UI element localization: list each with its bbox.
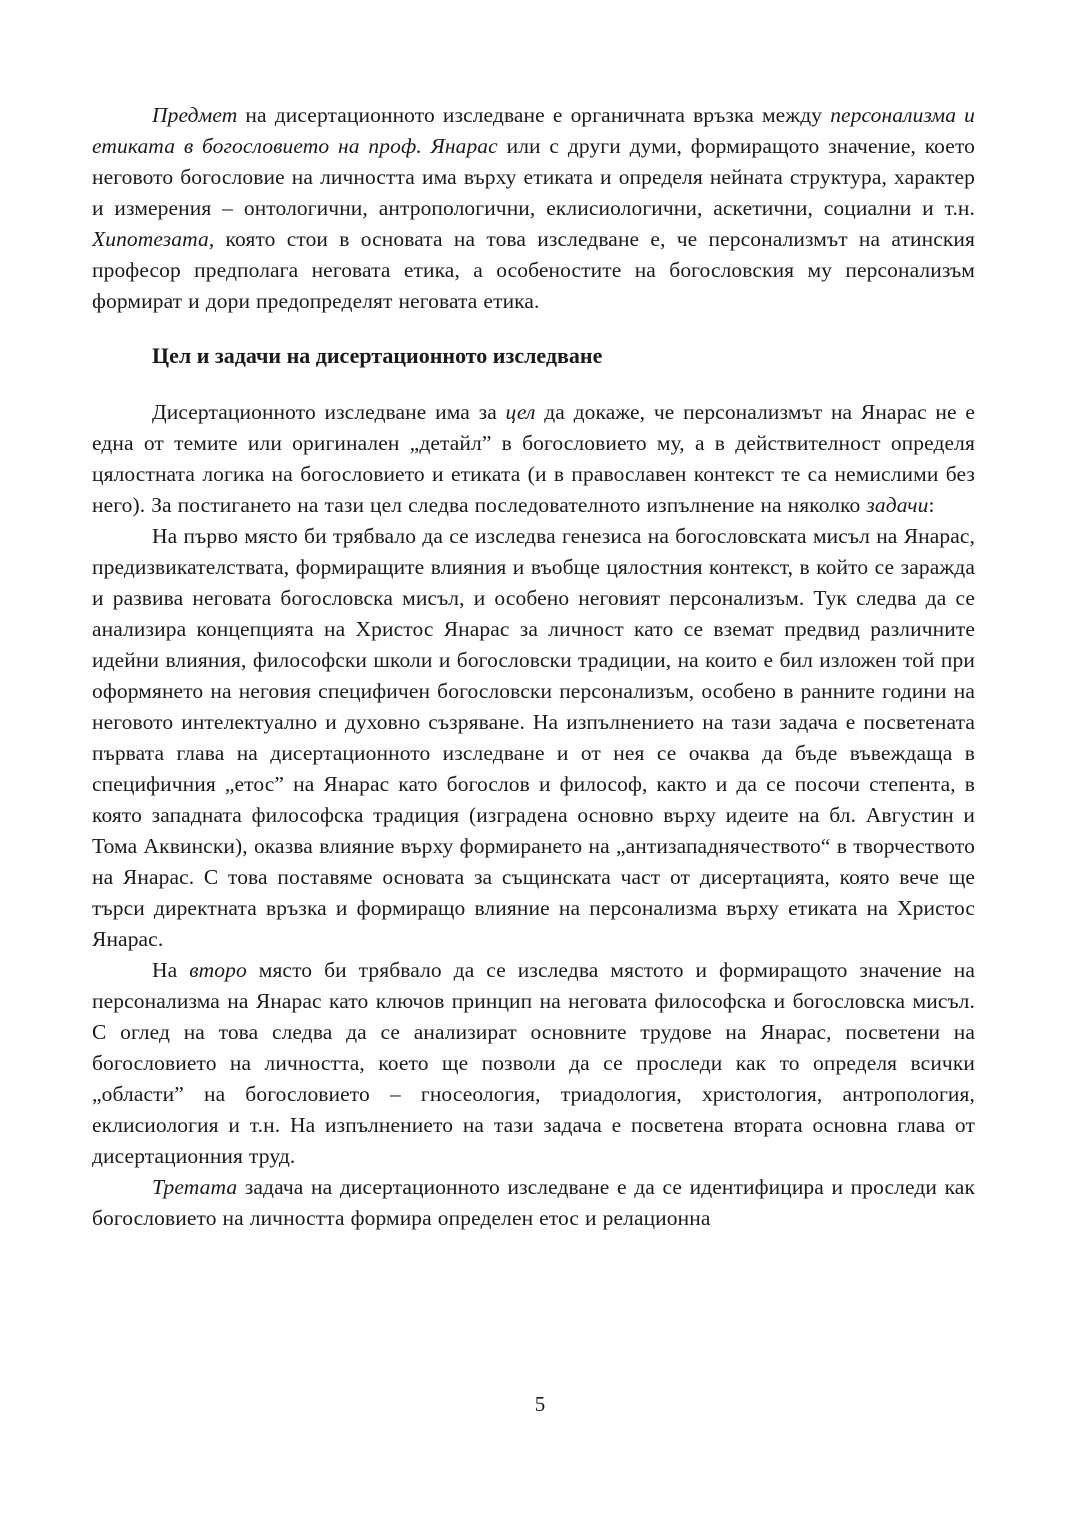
text-run: На bbox=[152, 958, 189, 982]
paragraph-task-one: На първо място би трябвало да се изследв… bbox=[92, 521, 975, 955]
text-run: място би трябвало да се изследва мястото… bbox=[92, 958, 975, 1168]
document-page: Предмет на дисертационното изследване е … bbox=[0, 0, 1080, 1527]
text-run: Дисертационното изследване има за bbox=[152, 400, 506, 424]
page-number: 5 bbox=[0, 1389, 1080, 1420]
section-heading: Цел и задачи на дисертационното изследва… bbox=[92, 340, 975, 371]
paragraph-task-two: На второ място би трябвало да се изследв… bbox=[92, 955, 975, 1172]
italic-text-run: цел bbox=[506, 400, 536, 424]
italic-text-run: Третата bbox=[152, 1175, 237, 1199]
text-run: На първо място би трябвало да се изследв… bbox=[92, 524, 975, 951]
italic-text-run: задачи bbox=[866, 493, 928, 517]
paragraph-task-three: Третата задача на дисертационното изслед… bbox=[92, 1172, 975, 1234]
italic-text-run: Предмет bbox=[152, 103, 237, 127]
italic-text-run: Хипотезата bbox=[92, 227, 209, 251]
text-run: на дисертационното изследване е органичн… bbox=[237, 103, 830, 127]
text-column: Предмет на дисертационното изследване е … bbox=[92, 100, 975, 1234]
paragraph-subject: Предмет на дисертационното изследване е … bbox=[92, 100, 975, 317]
italic-text-run: второ bbox=[189, 958, 247, 982]
text-run: : bbox=[928, 493, 934, 517]
text-run: , която стои в основата на това изследва… bbox=[92, 227, 975, 313]
paragraph-goal: Дисертационното изследване има за цел да… bbox=[92, 397, 975, 521]
